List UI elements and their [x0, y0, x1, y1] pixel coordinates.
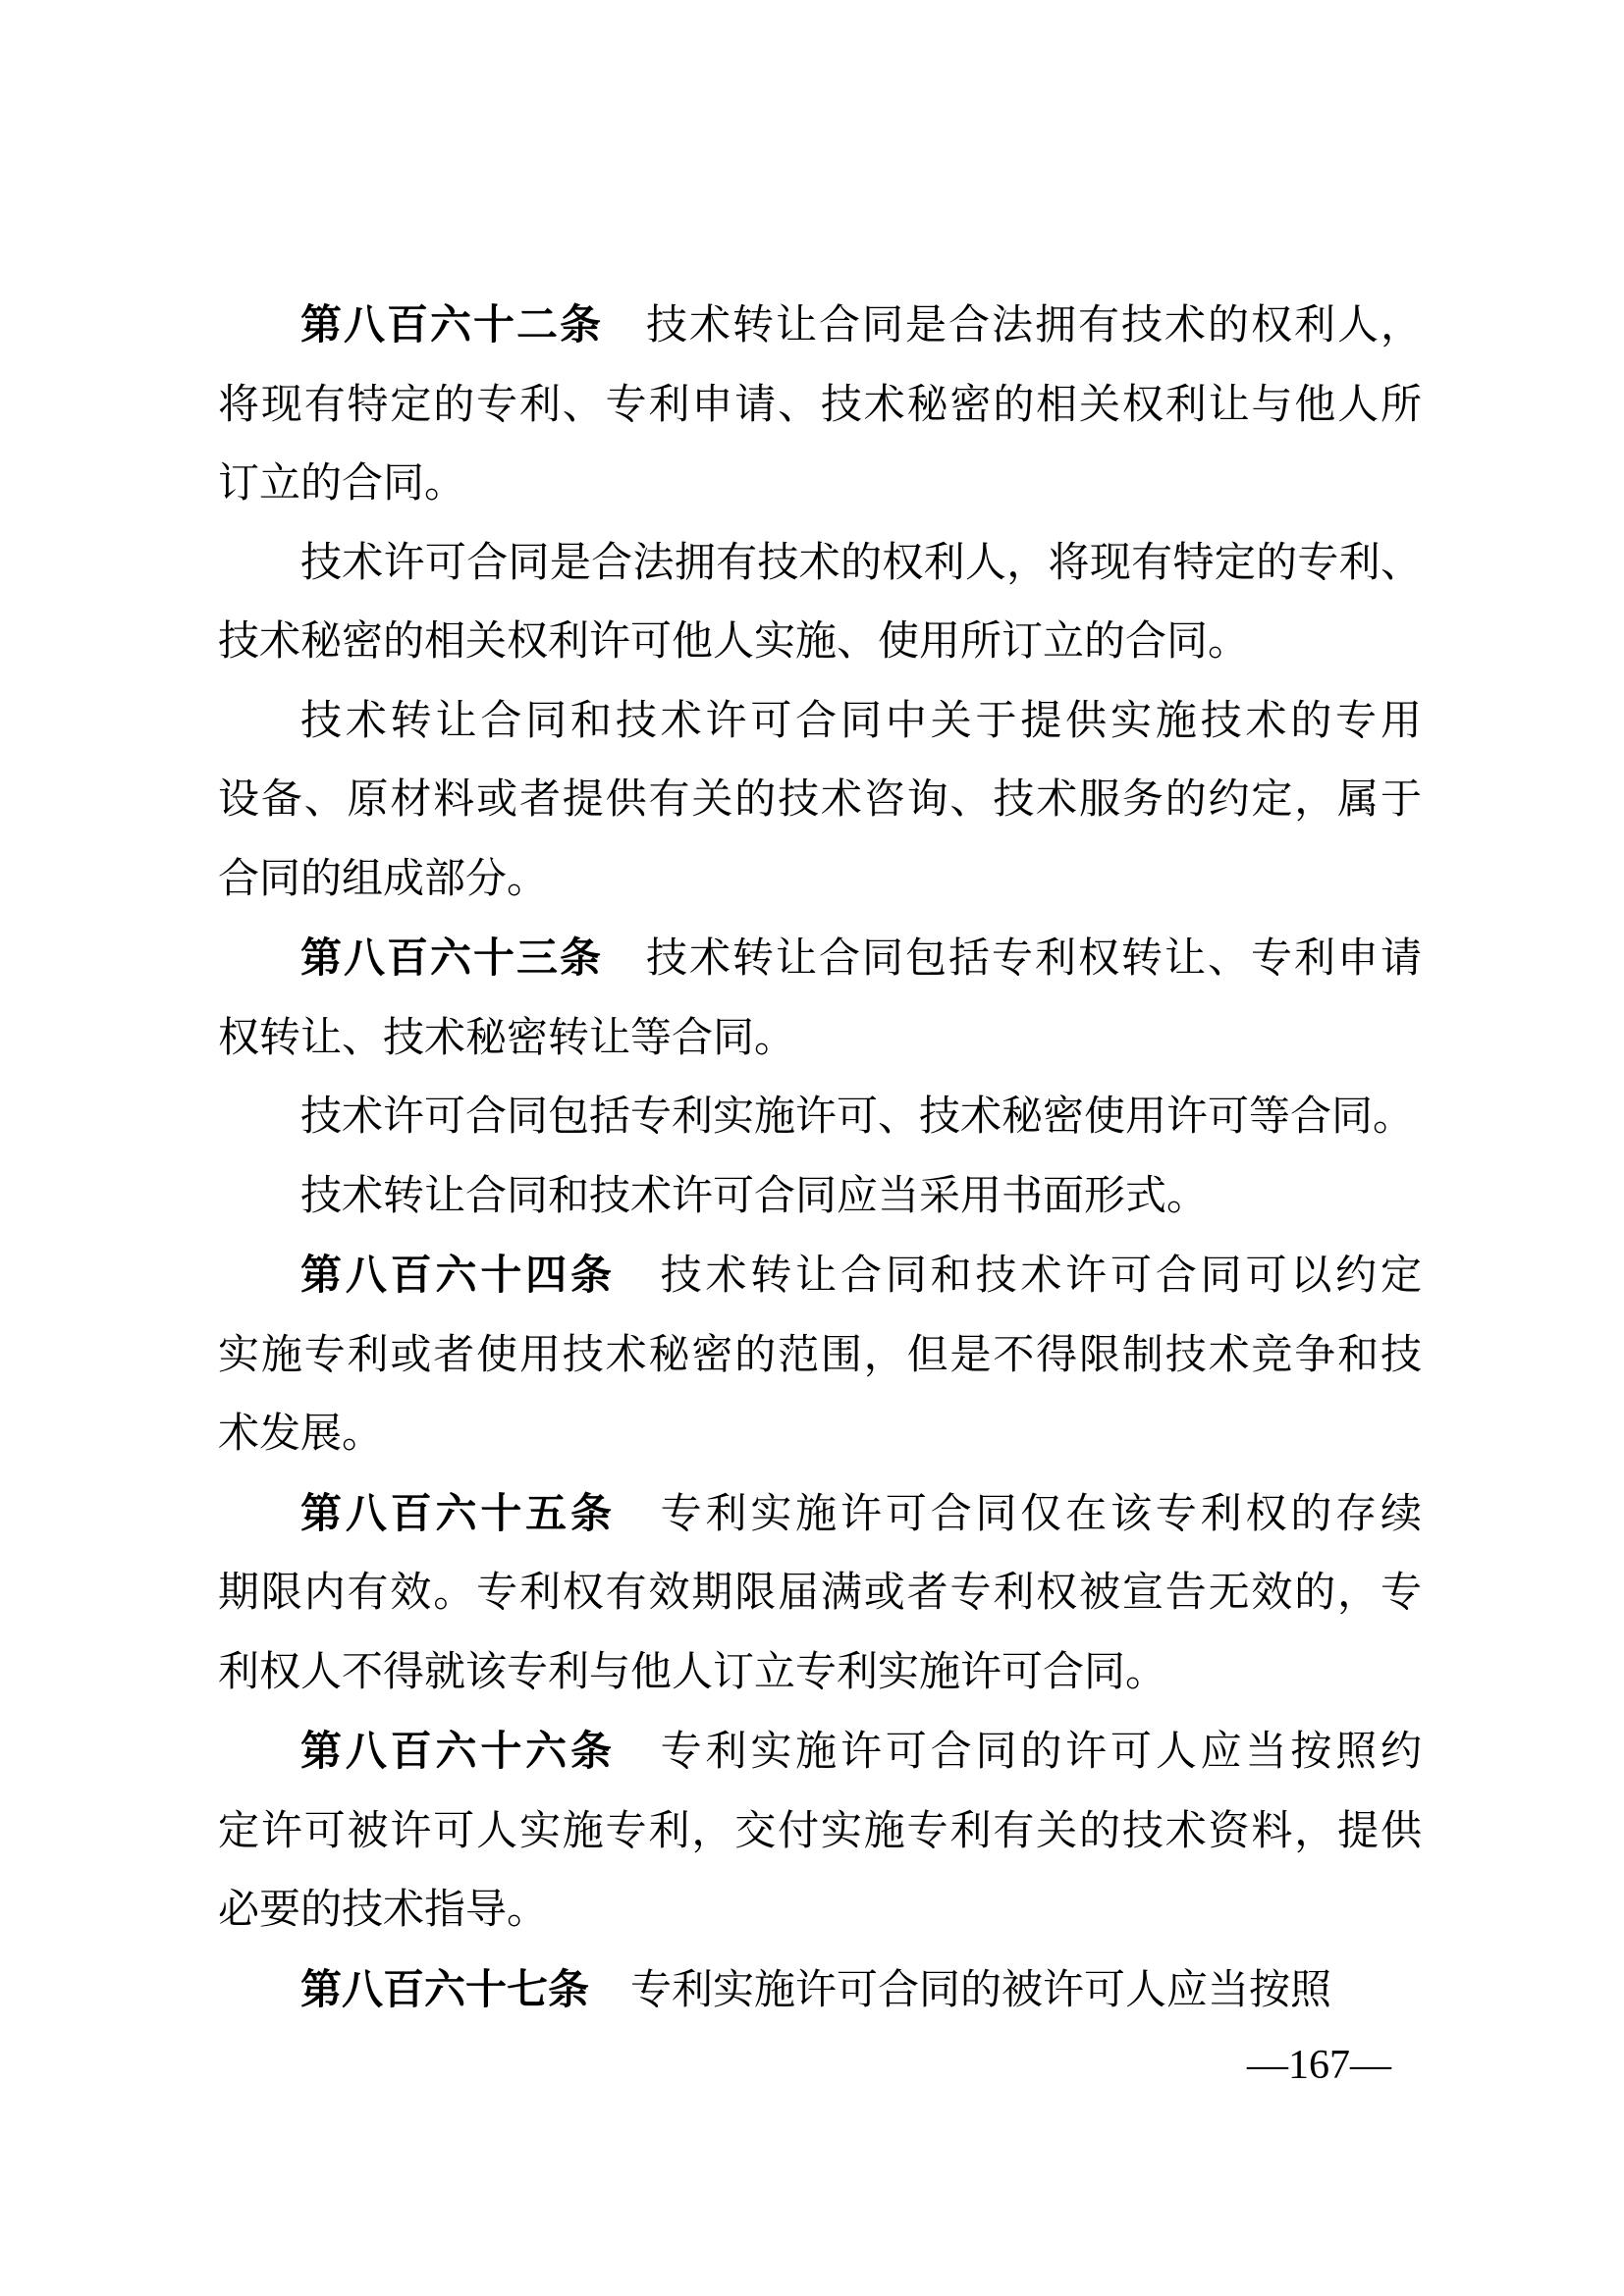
line-text: 专利实施许可合同的被许可人应当按照 — [630, 1968, 1331, 2013]
text-line: 第八百六十三条 技术转让合同包括专利权转让、专利申请 — [218, 919, 1422, 999]
line-text: 技术许可合同是合法拥有技术的权利人，将现有特定的专利、 — [300, 541, 1422, 586]
document-page: 第八百六十二条 技术转让合同是合法拥有技术的权利人， 将现有特定的专利、专利申请… — [0, 0, 1624, 2296]
text-line: 技术秘密的相关权利许可他人实施、使用所订立的合同。 — [218, 603, 1422, 682]
text-line: 必要的技术指导。 — [218, 1871, 1422, 1950]
article-number: 第八百六十七条 — [300, 1966, 630, 2012]
line-text: 必要的技术指导。 — [218, 1888, 548, 1933]
text-line: 第八百六十二条 技术转让合同是合法拥有技术的权利人， — [218, 286, 1422, 366]
text-line: 技术许可合同包括专利实施许可、技术秘密使用许可等合同。 — [218, 1078, 1422, 1157]
line-text: 利权人不得就该专利与他人订立专利实施许可合同。 — [218, 1650, 1166, 1695]
line-text: 术发展。 — [218, 1412, 383, 1457]
line-text: 技术转让合同包括专利权转让、专利申请 — [646, 936, 1422, 982]
text-line: 利权人不得就该专利与他人订立专利实施许可合同。 — [218, 1633, 1422, 1713]
text-line: 定许可被许可人实施专利，交付实施专利有关的技术资料，提供 — [218, 1792, 1422, 1872]
line-text: 技术转让合同和技术许可合同可以约定 — [661, 1254, 1422, 1299]
text-line: 将现有特定的专利、专利申请、技术秘密的相关权利让与他人所 — [218, 366, 1422, 446]
line-text: 实施专利或者使用技术秘密的范围，但是不得限制技术竞争和技 — [218, 1333, 1422, 1378]
article-number: 第八百六十三条 — [300, 934, 646, 981]
text-line: 订立的合同。 — [218, 445, 1422, 524]
text-line: 期限内有效。专利权有效期限届满或者专利权被宣告无效的，专 — [218, 1554, 1422, 1633]
line-text: 技术许可合同包括专利实施许可、技术秘密使用许可等合同。 — [300, 1095, 1414, 1140]
line-text: 合同的组成部分。 — [218, 857, 548, 902]
line-text: 专利实施许可合同的许可人应当按照约 — [661, 1730, 1422, 1775]
line-text: 技术转让合同和技术许可合同中关于提供实施技术的专用 — [300, 699, 1422, 744]
text-line: 第八百六十六条 专利实施许可合同的许可人应当按照约 — [218, 1712, 1422, 1792]
article-number: 第八百六十四条 — [300, 1252, 661, 1298]
line-text: 设备、原材料或者提供有关的技术咨询、技术服务的约定，属于 — [218, 777, 1422, 823]
article-number: 第八百六十五条 — [300, 1490, 661, 1536]
line-text: 技术转让合同和技术许可合同应当采用书面形式。 — [300, 1174, 1208, 1219]
text-line: 设备、原材料或者提供有关的技术咨询、技术服务的约定，属于 — [218, 761, 1422, 840]
line-text: 订立的合同。 — [218, 461, 465, 507]
line-text: 将现有特定的专利、专利申请、技术秘密的相关权利让与他人所 — [218, 383, 1422, 428]
line-text: 技术秘密的相关权利许可他人实施、使用所订立的合同。 — [218, 619, 1249, 665]
text-line: 术发展。 — [218, 1395, 1422, 1474]
line-text: 定许可被许可人实施专利，交付实施专利有关的技术资料，提供 — [218, 1809, 1422, 1854]
line-text: 专利实施许可合同仅在该专利权的存续 — [661, 1492, 1422, 1537]
text-line: 技术转让合同和技术许可合同中关于提供实施技术的专用 — [218, 682, 1422, 762]
text-line: 技术许可合同是合法拥有技术的权利人，将现有特定的专利、 — [218, 524, 1422, 604]
text-line: 技术转让合同和技术许可合同应当采用书面形式。 — [218, 1157, 1422, 1237]
line-text: 权转让、技术秘密转让等合同。 — [218, 1016, 795, 1061]
page-number: —167— — [1247, 2045, 1391, 2086]
article-number: 第八百六十六条 — [300, 1728, 661, 1774]
text-line: 第八百六十七条 专利实施许可合同的被许可人应当按照 — [218, 1950, 1422, 2031]
text-line: 第八百六十五条 专利实施许可合同仅在该专利权的存续 — [218, 1474, 1422, 1555]
text-line: 合同的组成部分。 — [218, 840, 1422, 920]
text-line: 第八百六十四条 技术转让合同和技术许可合同可以约定 — [218, 1236, 1422, 1316]
text-block: 第八百六十二条 技术转让合同是合法拥有技术的权利人， 将现有特定的专利、专利申请… — [218, 286, 1422, 2030]
text-line: 权转让、技术秘密转让等合同。 — [218, 999, 1422, 1079]
line-text: 期限内有效。专利权有效期限届满或者专利权被宣告无效的，专 — [218, 1571, 1422, 1616]
text-line: 实施专利或者使用技术秘密的范围，但是不得限制技术竞争和技 — [218, 1316, 1422, 1396]
line-text: 技术转让合同是合法拥有技术的权利人， — [646, 303, 1422, 348]
article-number: 第八百六十二条 — [300, 301, 646, 347]
